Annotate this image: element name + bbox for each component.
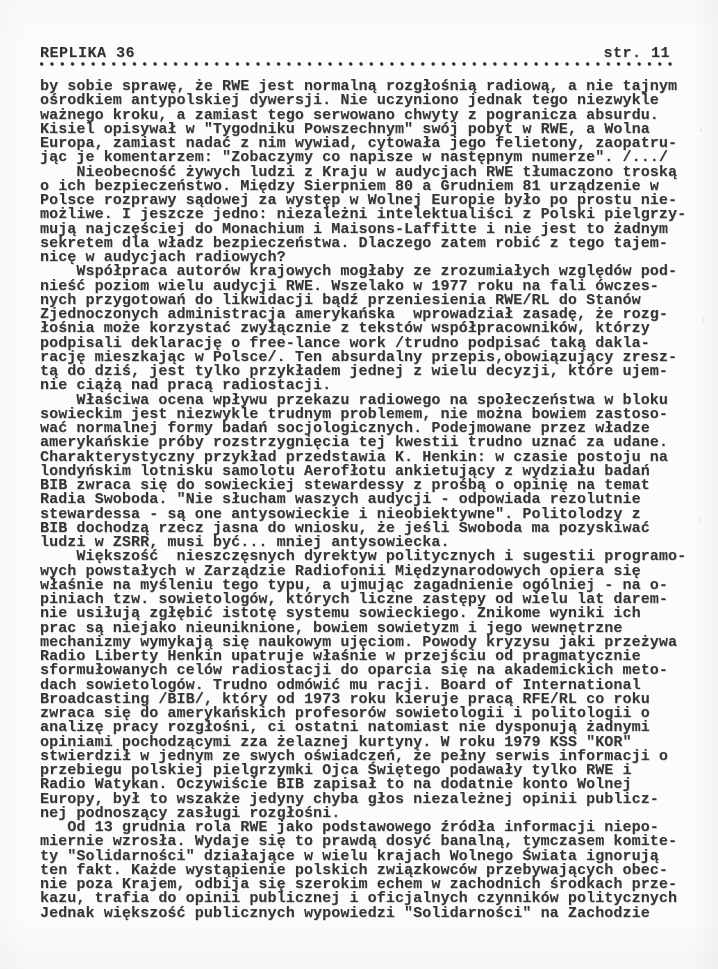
dotted-separator: ••••••••••••••••••••••••••••••••••••••••… [38,60,674,70]
scanned-document-page: REPLIKA 36 str. 11 •••••••••••••••••••••… [0,0,718,969]
document-body-text: by sobie sprawę, że RWE jest normalną ro… [40,80,686,921]
